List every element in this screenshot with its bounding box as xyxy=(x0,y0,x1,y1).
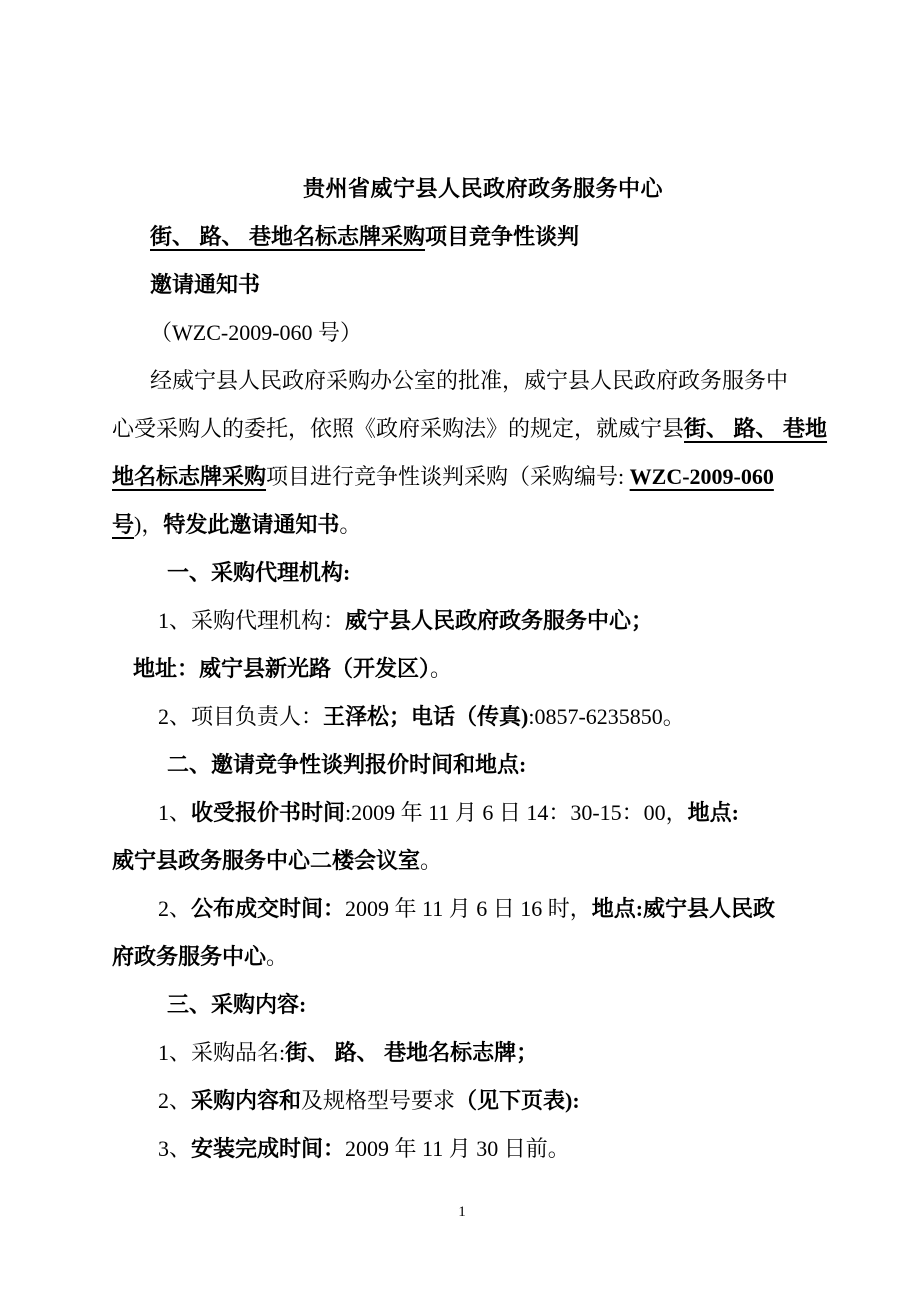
procurement-code: WZC-2009-060 xyxy=(630,464,774,489)
quote-time-value: :2009 年 11 月 6 日 14：30-15：00， xyxy=(345,800,688,825)
section3-item1-product-name: 1、采购品名:街、 路、 巷地名标志牌； xyxy=(112,1029,812,1077)
document-page: 贵州省威宁县人民政府政务服务中心 街、 路、 巷地名标志牌采购项目竞争性谈判 邀… xyxy=(0,0,920,1302)
subtitle-rest: 项目竞争性谈判 xyxy=(425,224,579,249)
intro-line-1: 经威宁县人民政府采购办公室的批准，威宁县人民政府政务服务中 xyxy=(112,357,812,405)
procurement-code-suffix: 号 xyxy=(112,512,134,537)
item3-number: 3、 xyxy=(158,1136,191,1161)
section1-item2-contact: 2、项目负责人：王泽松；电话（传真):0857-6235850。 xyxy=(112,693,812,741)
specs-label-regular: 及规格型号要求 xyxy=(301,1088,455,1113)
intro-closing-period: 。 xyxy=(339,512,361,537)
agency-value: 威宁县人民政府政务服务中心； xyxy=(345,608,653,633)
contact-name-and-phone-label: 王泽松；电话（传真) xyxy=(323,704,528,729)
section2-heading: 二、邀请竞争性谈判报价时间和地点: xyxy=(112,741,812,789)
quote-place-label: 地点: xyxy=(688,800,739,825)
section1-address: 地址：威宁县新光路（开发区）。 xyxy=(112,645,812,693)
project-name-part-1: 街、 路、 巷地 xyxy=(684,416,827,441)
doc-type-line: 邀请通知书 xyxy=(112,261,812,309)
section2-item1-place-line2: 威宁县政务服务中心二楼会议室。 xyxy=(112,837,812,885)
contact-phone-number: :0857-6235850。 xyxy=(528,704,684,729)
announce-place-period: 。 xyxy=(266,944,288,969)
address-value: 威宁县新光路（开发区） xyxy=(199,656,430,681)
project-name-part-2: 地名标志牌采购 xyxy=(112,464,266,489)
section2-item2-place-line2: 府政务服务中心。 xyxy=(112,933,812,981)
doc-title: 贵州省威宁县人民政府政务服务中心 xyxy=(112,165,812,213)
item2-number: 2、 xyxy=(158,896,191,921)
document-body: 贵州省威宁县人民政府政务服务中心 街、 路、 巷地名标志牌采购项目竞争性谈判 邀… xyxy=(0,0,812,1227)
contact-label: 2、项目负责人： xyxy=(158,704,323,729)
install-deadline-label: 安装完成时间： xyxy=(191,1136,345,1161)
section1-heading: 一、采购代理机构: xyxy=(112,549,812,597)
intro-line-4: 号)，特发此邀请通知书。 xyxy=(112,501,812,549)
quote-place-value: 威宁县政务服务中心二楼会议室 xyxy=(112,848,420,873)
intro-line-3: 地名标志牌采购项目进行竞争性谈判采购（采购编号: WZC-2009-060 xyxy=(112,453,812,501)
intro-line-4-text: )， xyxy=(134,512,163,537)
intro-line-2: 心受采购人的委托，依照《政府采购法》的规定，就威宁县街、 路、 巷地 xyxy=(112,405,812,453)
section3-item3-install-deadline: 3、安装完成时间：2009 年 11 月 30 日前。 xyxy=(112,1125,812,1173)
quote-time-label: 收受报价书时间 xyxy=(191,800,345,825)
item2-spec-number: 2、 xyxy=(158,1088,191,1113)
address-label: 地址： xyxy=(133,656,199,681)
specs-see-table-note: （见下页表): xyxy=(455,1088,580,1113)
announce-place-part-1: 地点:威宁县人民政 xyxy=(592,896,775,921)
specs-label-bold-1: 采购内容和 xyxy=(191,1088,301,1113)
intro-closing-bold: 特发此邀请通知书 xyxy=(163,512,339,537)
section2-item2-announce-time: 2、公布成交时间：2009 年 11 月 6 日 16 时，地点:威宁县人民政 xyxy=(112,885,812,933)
item1-number: 1、 xyxy=(158,800,191,825)
section3-heading: 三、采购内容: xyxy=(112,981,812,1029)
section1-item1-agency: 1、采购代理机构：威宁县人民政府政务服务中心； xyxy=(112,597,812,645)
announce-place-part-2: 府政务服务中心 xyxy=(112,944,266,969)
install-deadline-value: 2009 年 11 月 30 日前。 xyxy=(345,1136,570,1161)
address-period: 。 xyxy=(430,656,452,681)
doc-subtitle: 街、 路、 巷地名标志牌采购项目竞争性谈判 xyxy=(112,213,812,261)
product-name-value: 街、 路、 巷地名标志牌； xyxy=(285,1040,538,1065)
intro-line-2-text: 心受采购人的委托，依照《政府采购法》的规定，就威宁县 xyxy=(112,416,684,441)
section2-item1-quote-time: 1、收受报价书时间:2009 年 11 月 6 日 14：30-15：00，地点… xyxy=(112,789,812,837)
quote-place-period: 。 xyxy=(420,848,442,873)
subtitle-underlined-project-name: 街、 路、 巷地名标志牌采购 xyxy=(150,224,425,249)
announce-time-value: 2009 年 11 月 6 日 16 时， xyxy=(345,896,592,921)
agency-label: 1、采购代理机构： xyxy=(158,608,345,633)
page-number: 1 xyxy=(112,1197,812,1227)
doc-number-line: （WZC-2009-060 号） xyxy=(112,309,812,357)
announce-time-label: 公布成交时间： xyxy=(191,896,345,921)
intro-line-3-text: 项目进行竞争性谈判采购（采购编号: xyxy=(266,464,630,489)
product-name-label: 1、采购品名: xyxy=(158,1040,285,1065)
section3-item2-specs: 2、采购内容和及规格型号要求（见下页表): xyxy=(112,1077,812,1125)
